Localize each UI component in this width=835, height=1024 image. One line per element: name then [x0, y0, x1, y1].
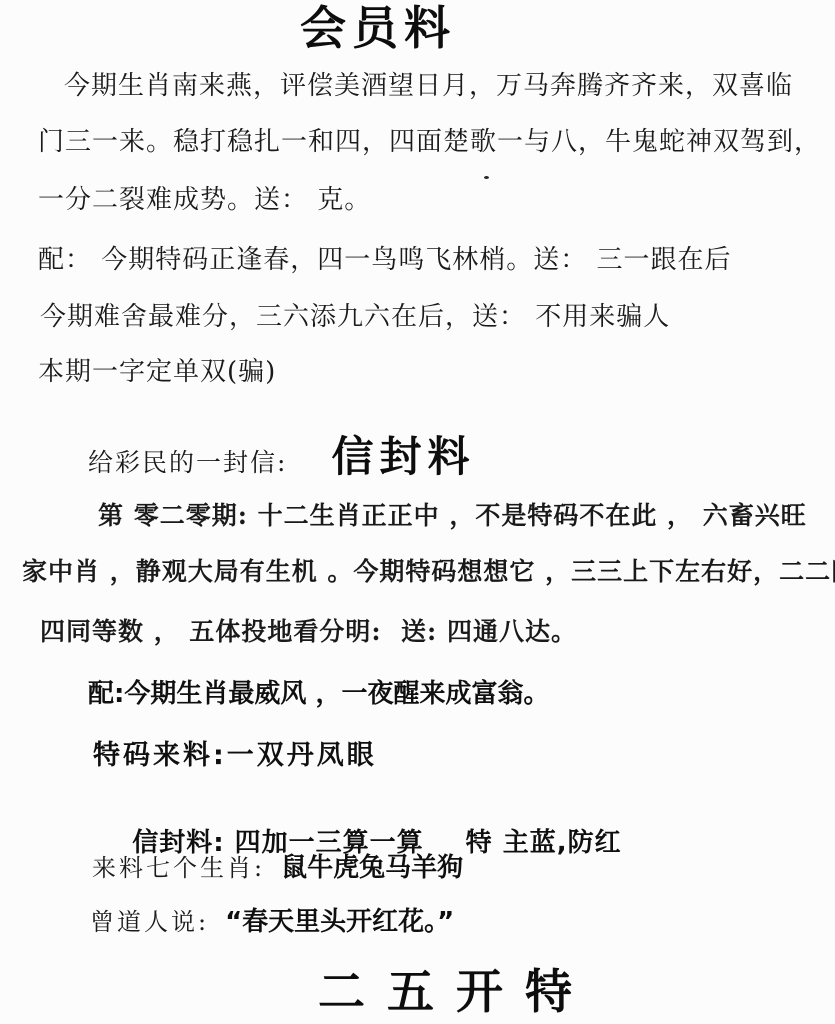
- quote-line: 曾道人说: “春天里头开红花。”: [90, 908, 454, 938]
- envelope-issue-line-3: 四同等数 ， 五体投地看分明: 送: 四通八达。: [40, 618, 577, 647]
- scan-speckle: [484, 176, 489, 179]
- envelope-issue-line-2: 家中肖 ，静观大局有生机 。今期特码想想它 ，三三上下左右好，二二四: [22, 558, 835, 587]
- zodiac-line: 来料七个生肖: 鼠牛虎兔马羊狗: [92, 854, 463, 884]
- envelope-intro-row: 给彩民的一封信: 信封料: [88, 424, 475, 484]
- quote-label: 曾道人说:: [90, 909, 209, 937]
- special-code-line: 特码来料:一双丹凤眼: [93, 740, 377, 771]
- envelope-material-note: 特 主蓝,防红: [466, 828, 622, 858]
- envelope-pair-line: 配:今期生肖最威风 ，一夜醒来成富翁。: [88, 680, 549, 710]
- zodiac-label: 来料七个生肖:: [92, 855, 265, 883]
- scanned-tip-sheet: 会员料 今期生肖南来燕，评偿美酒望日月，万马奔腾齐齐来，双喜临 门三一来。稳打稳…: [0, 0, 835, 1024]
- envelope-section-title: 信封料: [331, 424, 475, 484]
- member-paragraph-line-1: 今期生肖南来燕，评偿美酒望日月，万马奔腾齐齐来，双喜临: [64, 72, 793, 102]
- member-section-title: 会员料: [300, 2, 456, 55]
- member-tip-line-1: 配： 今期特码正逢春，四一鸟鸣飞林梢。送： 三一跟在后: [38, 246, 732, 276]
- member-paragraph-line-3: 一分二裂难成势。送： 克。: [38, 186, 371, 216]
- member-tip-line-2: 今期难舍最难分，三六添九六在后，送： 不用来骗人: [40, 303, 670, 333]
- envelope-intro-label: 给彩民的一封信:: [88, 443, 287, 479]
- footer-title: 二五开特: [318, 966, 594, 1020]
- quote-value: “春天里头开红花。”: [225, 908, 454, 938]
- zodiac-value: 鼠牛虎兔马羊狗: [281, 854, 463, 884]
- envelope-issue-line-1: 第 零二零期: 十二生肖正正中 ，不是特码不在此 ， 六畜兴旺: [98, 502, 807, 531]
- member-paragraph-line-2: 门三一来。稳打稳扎一和四，四面楚歌一与八，牛鬼蛇神双驾到，: [38, 128, 821, 158]
- member-tip-line-3: 本期一字定单双(骗): [38, 358, 276, 388]
